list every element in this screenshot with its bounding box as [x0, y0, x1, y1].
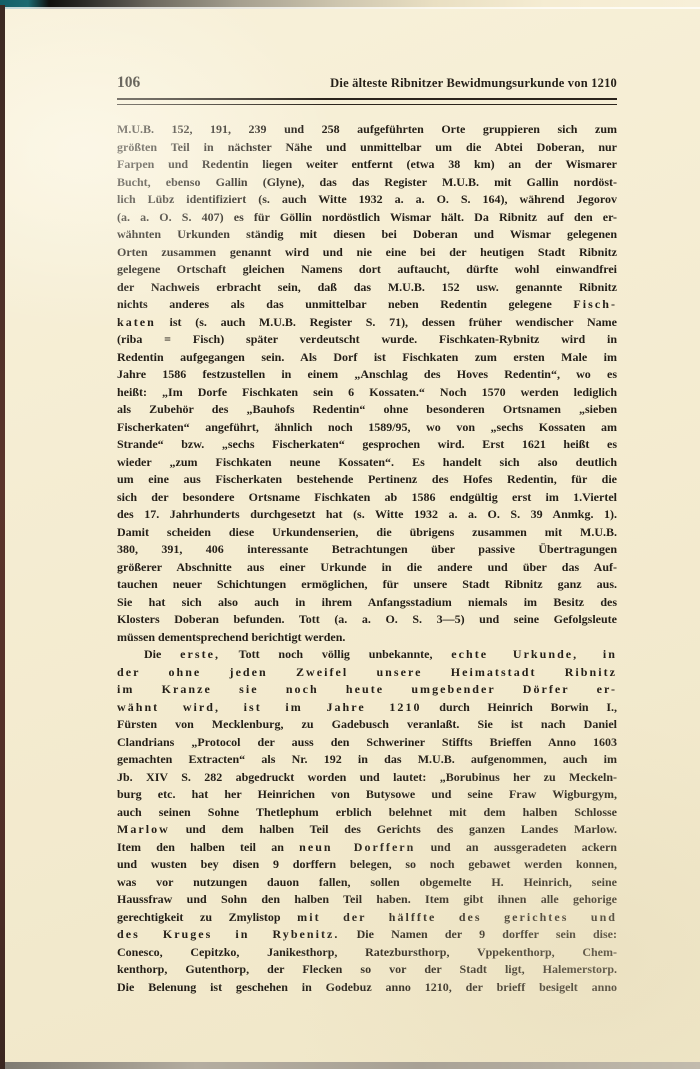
- text-line: Marlow und dem halben Teil des Gerichts …: [117, 821, 617, 839]
- text-line: gelegene Ortschaft gleichen Namens dort …: [117, 261, 617, 279]
- text-line: um eine aus Fischerkaten bestehende Pert…: [117, 471, 617, 489]
- text-line: heißt: „Im Dorfe Fischkaten sein 6 Kossa…: [117, 384, 617, 402]
- text-run: 380, 391, 406 interessante Betrachtungen…: [117, 542, 617, 556]
- text-run: gemachten Extracten“ als Nr. 192 in das …: [117, 752, 617, 766]
- text-run: müssen dementsprechend berichtigt werden…: [117, 630, 345, 644]
- text-line: müssen dementsprechend berichtigt werden…: [117, 629, 617, 647]
- text-run: wähnten Urkunden ständig mit diesen bei …: [117, 227, 617, 241]
- text-run: burg etc. hat her Heinrichen von Butysow…: [117, 787, 617, 801]
- text-run: Orten zusammen genannt wird und nie eine…: [117, 245, 617, 259]
- text-line: der ohne jeden Zweifel unsere Heimatstad…: [117, 664, 617, 682]
- text-run: sich der besondere Ortsname Fischkaten a…: [117, 490, 617, 504]
- text-line: burg etc. hat her Heinrichen von Butysow…: [117, 786, 617, 804]
- text-line: tauchen neuer Schichtungen ermöglichen, …: [117, 576, 617, 594]
- text-line: kenthorp, Gutenthorp, der Flecken so vor…: [117, 961, 617, 979]
- letterspaced-emphasis: katen: [117, 315, 156, 329]
- text-run: lich Lübz identifiziert (s. auch Witte 1…: [117, 192, 617, 206]
- text-run: wieder „zum Fischkaten neune Kossaten“. …: [117, 455, 617, 469]
- text-line: Item den halben teil an neun Dorffern un…: [117, 839, 617, 857]
- letterspaced-emphasis: neun Dorffern: [299, 840, 415, 854]
- letterspaced-emphasis: echte Urkunde, in: [451, 647, 617, 661]
- text-line: lich Lübz identifiziert (s. auch Witte 1…: [117, 191, 617, 209]
- text-run: Damit scheiden diese Urkundenserien, die…: [117, 525, 617, 539]
- text-line: Clandrians „Protocol der auss den Schwer…: [117, 734, 617, 752]
- letterspaced-emphasis: mit der hälffte des gerichtes und: [297, 910, 617, 924]
- text-run: Clandrians „Protocol der auss den Schwer…: [117, 735, 617, 749]
- text-line: katen ist (s. auch M.U.B. Register S. 71…: [117, 314, 617, 332]
- text-line: wieder „zum Fischkaten neune Kossaten“. …: [117, 454, 617, 472]
- text-line: Sie hat sich also auch in ihrem Anfangss…: [117, 594, 617, 612]
- text-line: als Zubehör des „Bauhofs Redentin“ ohne …: [117, 401, 617, 419]
- text-line: gerechtigkeit zu Zmylistop mit der hälff…: [117, 909, 617, 927]
- text-run: und dem halben Teil des Gerichts des gan…: [170, 822, 617, 836]
- text-run: größerer Abschnitte aus einer Urkunde in…: [117, 560, 617, 574]
- page-header: 106 Die älteste Ribnitzer Bewidmungsurku…: [117, 74, 617, 92]
- text-line: Orten zusammen genannt wird und nie eine…: [117, 244, 617, 262]
- text-line: Klosters Doberan befunden. Tott (a. a. O…: [117, 611, 617, 629]
- header-rule: [117, 98, 617, 105]
- text-line: auch seinen Sohne Thetlephum erblich bel…: [117, 804, 617, 822]
- text-run: Haussfraw und Sohn den halben Teil haben…: [117, 892, 617, 906]
- text-run: heißt: „Im Dorfe Fischkaten sein 6 Kossa…: [117, 385, 617, 399]
- text-block: M.U.B. 152, 191, 239 und 258 aufgeführte…: [117, 121, 617, 996]
- page-number: 106: [117, 74, 140, 92]
- text-line: was vor nutzungen dauon fallen, sollen o…: [117, 874, 617, 892]
- letterspaced-emphasis: Marlow: [117, 822, 170, 836]
- text-run: der Nachweis erbracht sein, daß das M.U.…: [117, 280, 617, 294]
- text-run: Redentin aufgegangen sein. Als Dorf ist …: [117, 350, 617, 364]
- scan-edge-bottom: [0, 1062, 700, 1069]
- text-line: Haussfraw und Sohn den halben Teil haben…: [117, 891, 617, 909]
- text-line: sich der besondere Ortsname Fischkaten a…: [117, 489, 617, 507]
- letterspaced-emphasis: des Kruges in Rybenitz.: [117, 927, 339, 941]
- text-run: Die Namen der 9 dorffer sein dise:: [339, 927, 617, 941]
- text-run: kenthorp, Gutenthorp, der Flecken so vor…: [117, 962, 617, 976]
- text-run: gelegene Ortschaft gleichen Namens dort …: [117, 262, 617, 276]
- text-run: Item den halben teil an: [117, 840, 299, 854]
- text-line: des 17. Jahrhunderts durchgesetzt hat (s…: [117, 506, 617, 524]
- text-line: Strande“ bzw. „sechs Fischerkaten“ gespr…: [117, 436, 617, 454]
- scan-edge-top: [0, 0, 700, 9]
- text-run: Sie hat sich also auch in ihrem Anfangss…: [117, 595, 617, 609]
- text-line: Jb. XIV S. 282 abgedruckt worden und lau…: [117, 769, 617, 787]
- text-line: Die erste, Tott noch völlig unbekannte, …: [117, 646, 617, 664]
- text-run: als Zubehör des „Bauhofs Redentin“ ohne …: [117, 402, 617, 416]
- text-line: Conesco, Cepitzko, Janikesthorp, Ratezbu…: [117, 944, 617, 962]
- text-line: Fürsten von Mecklenburg, zu Gadebusch ve…: [117, 716, 617, 734]
- scanned-book-page: 106 Die älteste Ribnitzer Bewidmungsurku…: [0, 0, 700, 1069]
- text-run: Tott noch völlig unbekannte,: [220, 647, 451, 661]
- text-run: Farpen und Redentin liegen weiter entfer…: [117, 157, 617, 171]
- text-line: 380, 391, 406 interessante Betrachtungen…: [117, 541, 617, 559]
- text-run: Bucht, ebenso Gallin (Glyne), das das Re…: [117, 175, 617, 189]
- text-line: im Kranze sie noch heute umgebender Dörf…: [117, 681, 617, 699]
- text-run: und an aussgeradeten ackern: [415, 840, 617, 854]
- text-run: tauchen neuer Schichtungen ermöglichen, …: [117, 577, 617, 591]
- text-run: (riba = Fisch) später verdeutscht wurde.…: [117, 332, 617, 346]
- text-run: und wusten bey disen 9 dorffern belegen,…: [117, 857, 617, 871]
- text-run: ist (s. auch M.U.B. Register S. 71), des…: [156, 315, 617, 329]
- text-line: (riba = Fisch) später verdeutscht wurde.…: [117, 331, 617, 349]
- text-line: Damit scheiden diese Urkundenserien, die…: [117, 524, 617, 542]
- text-line: der Nachweis erbracht sein, daß das M.U.…: [117, 279, 617, 297]
- letterspaced-emphasis: erste,: [180, 647, 220, 661]
- text-line: größten Teil in nächster Nähe und unmitt…: [117, 139, 617, 157]
- text-line: Farpen und Redentin liegen weiter entfer…: [117, 156, 617, 174]
- text-line: wähnt wird, ist im Jahre 1210 durch Hein…: [117, 699, 617, 717]
- letterspaced-emphasis: der ohne jeden Zweifel unsere Heimatstad…: [117, 665, 617, 679]
- text-line: des Kruges in Rybenitz. Die Namen der 9 …: [117, 926, 617, 944]
- text-run: Fürsten von Mecklenburg, zu Gadebusch ve…: [117, 717, 617, 731]
- text-run: Conesco, Cepitzko, Janikesthorp, Ratezbu…: [117, 945, 617, 959]
- text-run: Jahre 1586 festzustellen in einem „Ansch…: [117, 367, 617, 381]
- text-line: Fischerkaten“ angeführt, ähnlich noch 15…: [117, 419, 617, 437]
- text-line: Bucht, ebenso Gallin (Glyne), das das Re…: [117, 174, 617, 192]
- text-run: (a. a. O. S. 407) es für Göllin nordöstl…: [117, 210, 617, 224]
- text-run: nichts anderes als das unmittelbar neben…: [117, 297, 573, 311]
- text-line: Jahre 1586 festzustellen in einem „Ansch…: [117, 366, 617, 384]
- text-run: Die Belenung ist geschehen in Godebuz an…: [117, 980, 617, 994]
- text-run: Fischerkaten“ angeführt, ähnlich noch 15…: [117, 420, 617, 434]
- text-run: M.U.B. 152, 191, 239 und 258 aufgeführte…: [117, 122, 617, 136]
- letterspaced-emphasis: im Kranze sie noch heute umgebender Dörf…: [117, 682, 617, 696]
- text-line: M.U.B. 152, 191, 239 und 258 aufgeführte…: [117, 121, 617, 139]
- running-title: Die älteste Ribnitzer Bewidmungsurkunde …: [330, 76, 617, 91]
- text-line: wähnten Urkunden ständig mit diesen bei …: [117, 226, 617, 244]
- text-run: durch Heinrich Borwin I.,: [422, 700, 617, 714]
- text-run: was vor nutzungen dauon fallen, sollen o…: [117, 875, 617, 889]
- text-run: Die: [144, 647, 180, 661]
- paragraph: M.U.B. 152, 191, 239 und 258 aufgeführte…: [117, 121, 617, 646]
- text-run: um eine aus Fischerkaten bestehende Pert…: [117, 472, 617, 486]
- text-line: größerer Abschnitte aus einer Urkunde in…: [117, 559, 617, 577]
- text-run: Klosters Doberan befunden. Tott (a. a. O…: [117, 612, 617, 626]
- text-run: größten Teil in nächster Nähe und unmitt…: [117, 140, 617, 154]
- paragraph: Die erste, Tott noch völlig unbekannte, …: [117, 646, 617, 996]
- text-line: Redentin aufgegangen sein. Als Dorf ist …: [117, 349, 617, 367]
- scan-edge-left: [0, 5, 5, 1069]
- text-line: gemachten Extracten“ als Nr. 192 in das …: [117, 751, 617, 769]
- text-run: gerechtigkeit zu Zmylistop: [117, 910, 297, 924]
- text-run: auch seinen Sohne Thetlephum erblich bel…: [117, 805, 617, 819]
- text-line: nichts anderes als das unmittelbar neben…: [117, 296, 617, 314]
- letterspaced-emphasis: wähnt wird, ist im Jahre 1210: [117, 700, 422, 714]
- text-line: (a. a. O. S. 407) es für Göllin nordöstl…: [117, 209, 617, 227]
- text-line: Die Belenung ist geschehen in Godebuz an…: [117, 979, 617, 997]
- text-run: Jb. XIV S. 282 abgedruckt worden und lau…: [117, 770, 617, 784]
- text-line: und wusten bey disen 9 dorffern belegen,…: [117, 856, 617, 874]
- letterspaced-emphasis: Fisch-: [573, 297, 617, 311]
- text-run: des 17. Jahrhunderts durchgesetzt hat (s…: [117, 507, 617, 521]
- text-run: Strande“ bzw. „sechs Fischerkaten“ gespr…: [117, 437, 617, 451]
